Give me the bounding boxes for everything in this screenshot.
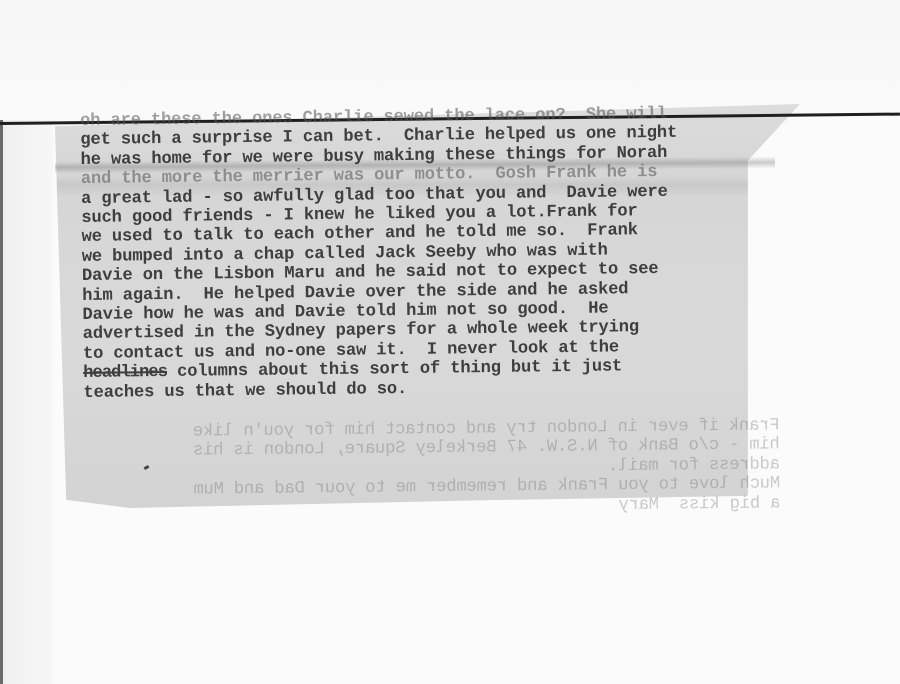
letter-text: oh are these the ones Charlie sewed the …	[80, 103, 784, 403]
scan-left-margin	[3, 120, 53, 684]
reverse-side-bleed-through: Frank if ever in London try and contact …	[90, 416, 781, 520]
struck-out-word: headlines	[83, 363, 167, 383]
